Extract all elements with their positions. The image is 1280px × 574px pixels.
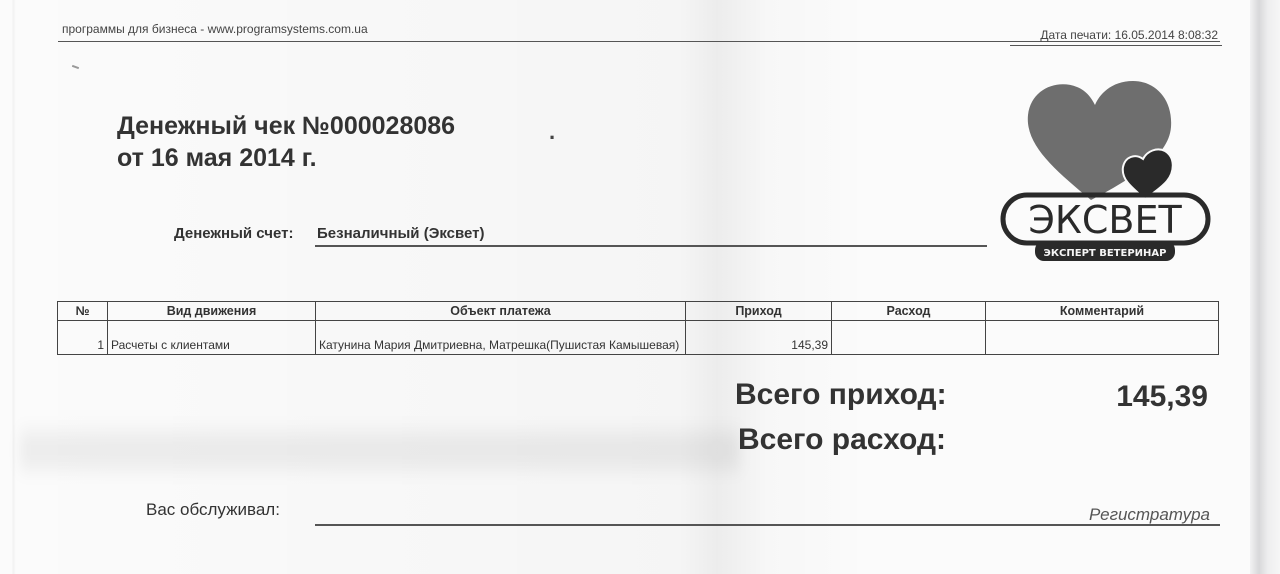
account-value: Безналичный (Эксвет) <box>317 225 485 242</box>
col-comment: Комментарий <box>986 302 1219 321</box>
document-date: от 16 мая 2014 г. <box>117 142 455 174</box>
logo-brand: ЭКСВЕТ <box>1028 198 1182 242</box>
stray-dot: . <box>549 119 555 145</box>
row-expense <box>832 321 986 355</box>
table-row: 1 Расчеты с клиентами Катунина Мария Дми… <box>58 321 1219 355</box>
logo-tagline: ЭКСПЕРТ ВЕТЕРИНАР <box>1044 248 1167 259</box>
served-by-label: Вас обслуживал: <box>146 500 280 520</box>
table-header-row: № Вид движения Объект платежа Приход Рас… <box>58 302 1219 321</box>
account-label: Денежный счет: <box>174 225 293 242</box>
heart-logo-icon: ЭКСВЕТ ЭКСПЕРТ ВЕТЕРИНАР <box>995 75 1217 270</box>
total-income-label: Всего приход: <box>735 378 947 412</box>
col-income: Приход <box>686 302 832 321</box>
row-payment-object: Катунина Мария Дмитриевна, Матрешка(Пуши… <box>316 321 686 355</box>
row-number: 1 <box>58 321 108 355</box>
row-comment <box>986 321 1219 355</box>
print-date: Дата печати: 16.05.2014 8:08:32 <box>1040 28 1218 42</box>
col-expense: Расход <box>832 302 986 321</box>
total-expense-label: Всего расход: <box>738 423 946 457</box>
served-by-value: Регистратура <box>1089 505 1210 525</box>
paper-edge <box>1250 0 1280 574</box>
document-number: Денежный чек №000028086 <box>117 110 455 142</box>
col-payment-object: Объект платежа <box>316 302 686 321</box>
software-credit: программы для бизнеса - www.programsyste… <box>62 22 368 36</box>
row-movement-type: Расчеты с клиентами <box>108 321 316 355</box>
col-movement-type: Вид движения <box>108 302 316 321</box>
payments-table: № Вид движения Объект платежа Приход Рас… <box>57 301 1219 355</box>
document-title: Денежный чек №000028086 от 16 мая 2014 г… <box>117 110 455 174</box>
print-date-underline <box>1010 45 1222 46</box>
scan-shadow <box>20 420 740 480</box>
col-number: № <box>58 302 108 321</box>
row-income: 145,39 <box>686 321 832 355</box>
account-underline <box>315 245 987 247</box>
total-income-value: 145,39 <box>1116 380 1208 414</box>
served-by-underline <box>315 524 1220 526</box>
